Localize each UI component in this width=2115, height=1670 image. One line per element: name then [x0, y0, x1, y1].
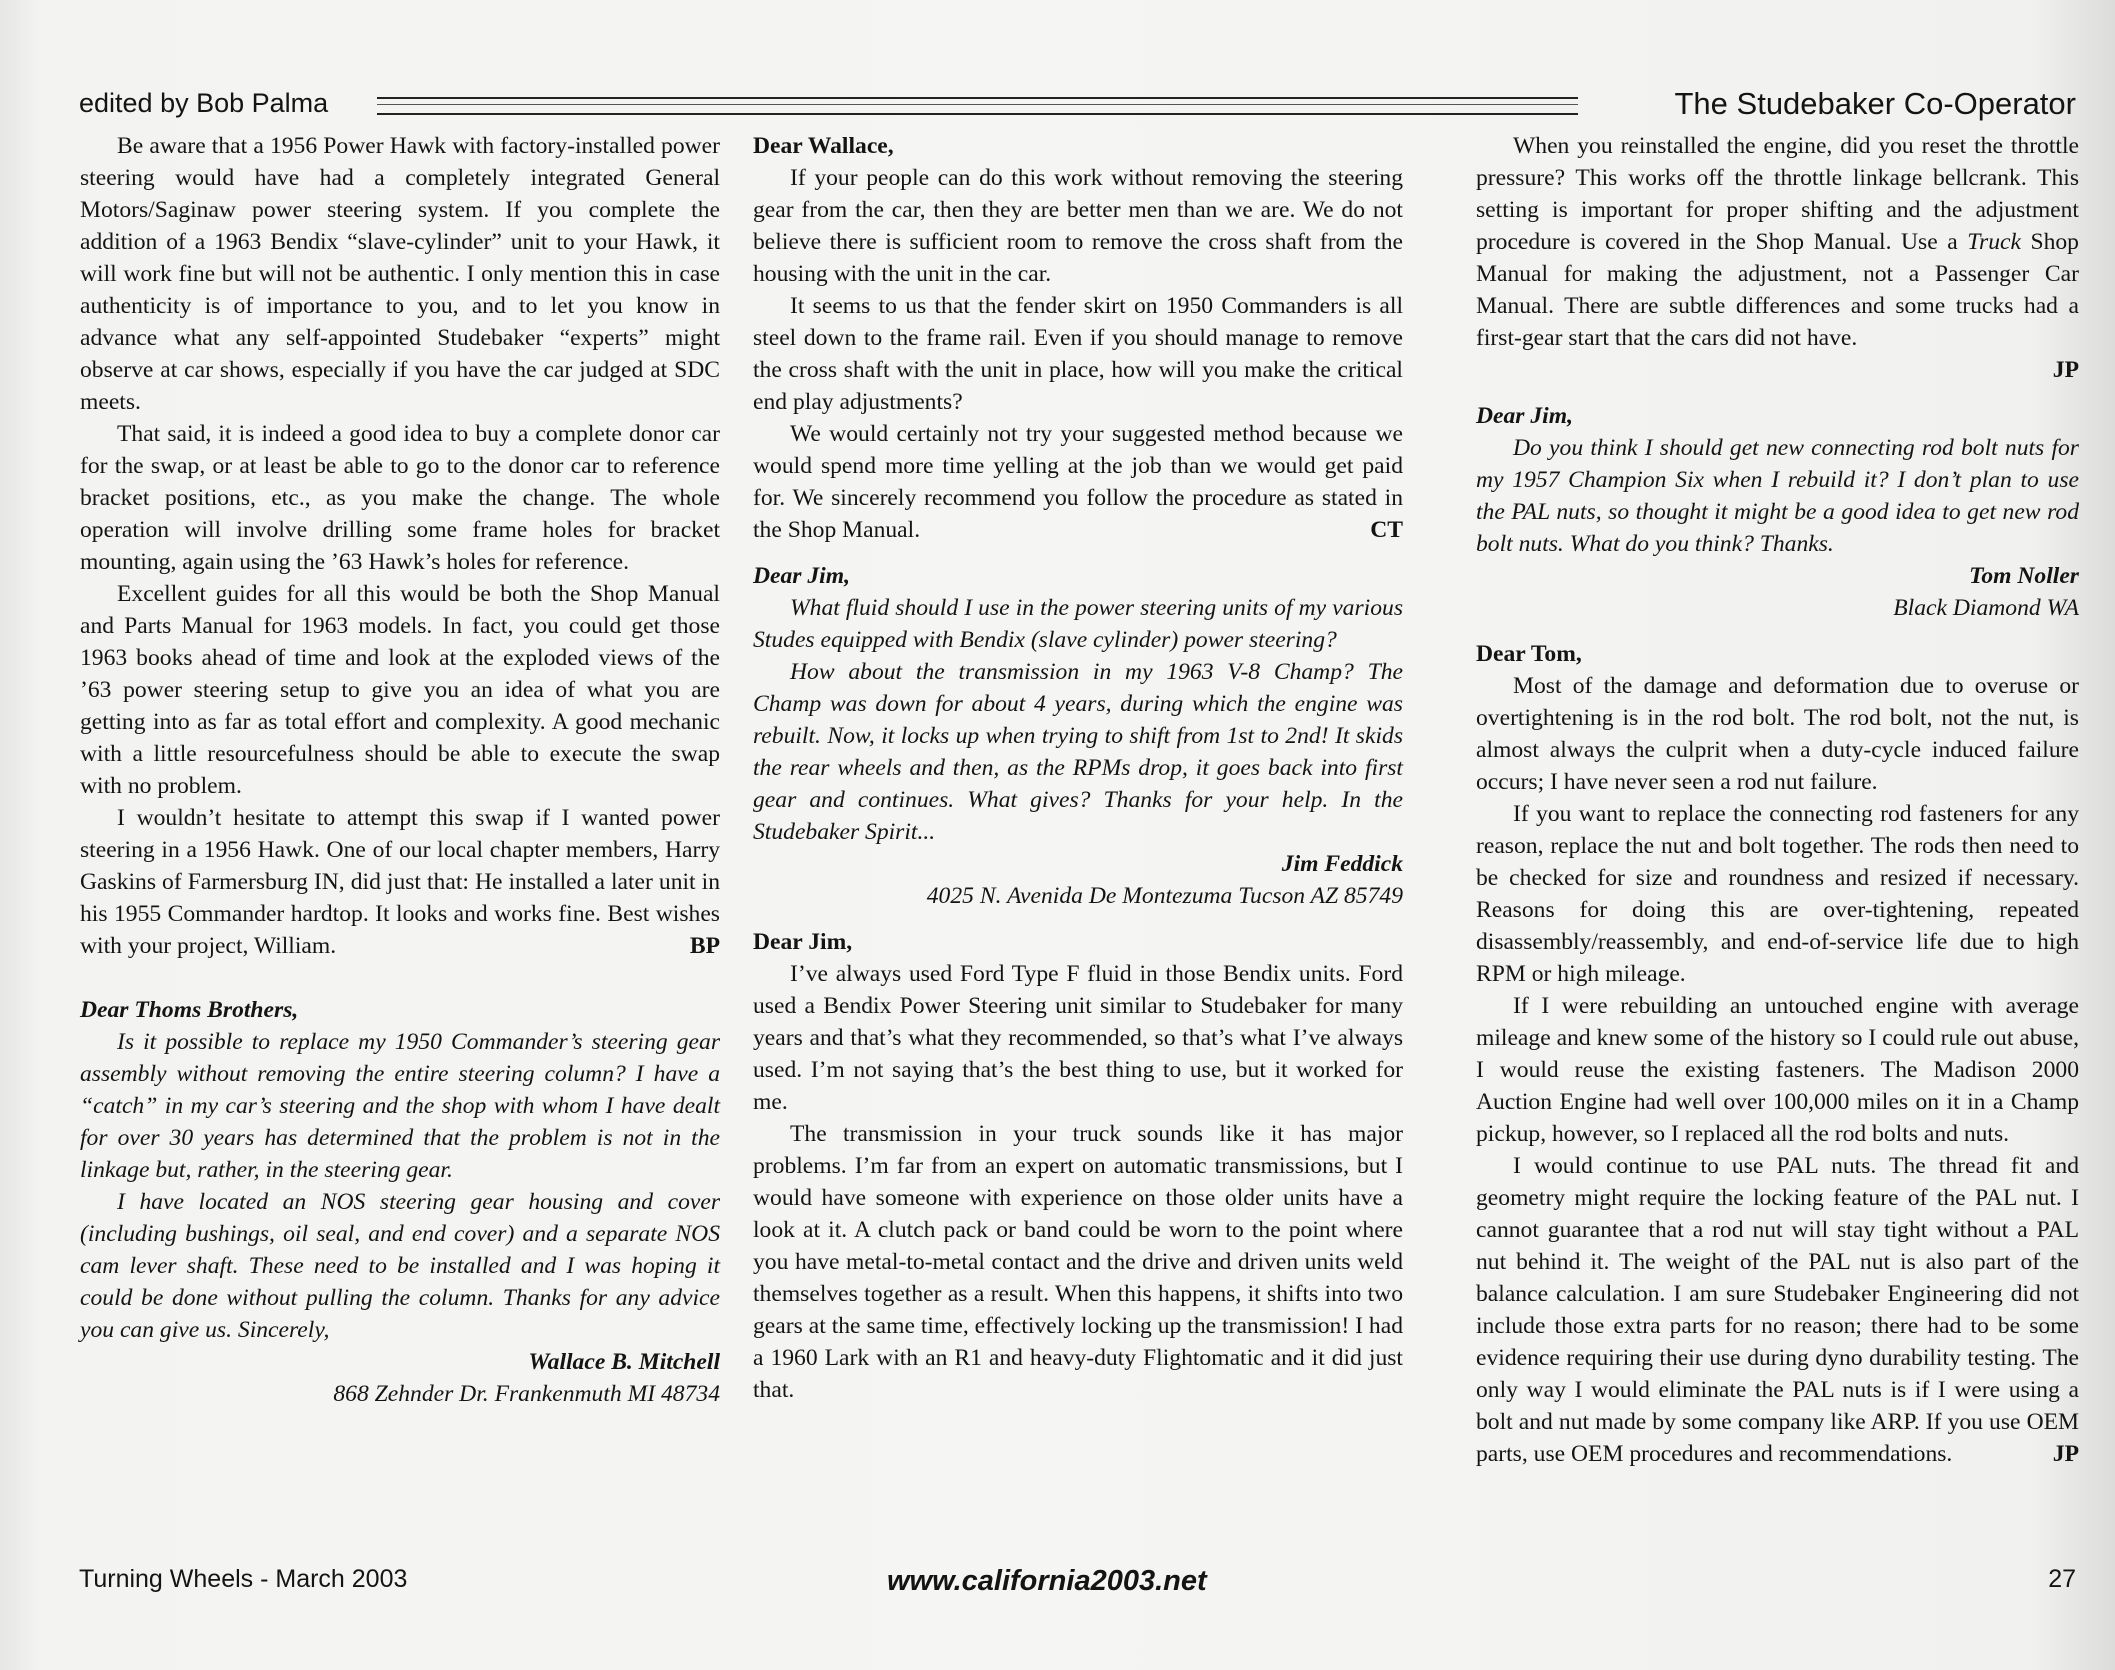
- spacer: [753, 912, 1403, 926]
- letter-salutation: Dear Jim,: [753, 560, 1403, 592]
- paragraph: I’ve always used Ford Type F fluid in th…: [753, 958, 1403, 1118]
- paragraph: That said, it is indeed a good idea to b…: [80, 418, 720, 578]
- emphasis-text: Truck: [1967, 229, 2021, 255]
- page-header: edited by Bob Palma The Studebaker Co-Op…: [79, 86, 2076, 126]
- spacer: [80, 962, 720, 994]
- paragraph: The transmission in your truck sounds li…: [753, 1118, 1403, 1406]
- author-initials: BP: [653, 930, 720, 962]
- author-initials: JP: [2016, 1438, 2079, 1470]
- paragraph: We would certainly not try your suggeste…: [753, 418, 1403, 546]
- letter-signature: Tom Noller: [1476, 560, 2079, 592]
- paragraph-text: I would continue to use PAL nuts. The th…: [1476, 1153, 2079, 1467]
- paragraph: Most of the damage and deformation due t…: [1476, 670, 2079, 798]
- spacer: [753, 546, 1403, 560]
- publication-issue: Turning Wheels - March 2003: [79, 1565, 407, 1594]
- paragraph: If you want to replace the connecting ro…: [1476, 798, 2079, 990]
- author-initials: CT: [1333, 514, 1403, 546]
- reply-salutation: Dear Jim,: [753, 926, 1403, 958]
- reply-salutation: Dear Tom,: [1476, 638, 2079, 670]
- column-1: Be aware that a 1956 Power Hawk with fac…: [80, 130, 720, 1410]
- letter-paragraph: Do you think I should get new connecting…: [1476, 432, 2079, 560]
- spacer: [1476, 386, 2079, 400]
- letter-salutation: Dear Jim,: [1476, 400, 2079, 432]
- paragraph-text: I wouldn’t hesitate to attempt this swap…: [80, 805, 720, 959]
- letter-paragraph: How about the transmission in my 1963 V-…: [753, 656, 1403, 848]
- paragraph: I wouldn’t hesitate to attempt this swap…: [80, 802, 720, 962]
- editor-credit: edited by Bob Palma: [79, 88, 328, 119]
- paragraph: When you reinstalled the engine, did you…: [1476, 130, 2079, 354]
- letter-address: Black Diamond WA: [1476, 592, 2079, 624]
- page-number: 27: [2048, 1565, 2076, 1594]
- letter-signature: Jim Feddick: [753, 848, 1403, 880]
- column-title: The Studebaker Co-Operator: [1675, 86, 2077, 122]
- page-footer: Turning Wheels - March 2003 www.californ…: [79, 1565, 2076, 1605]
- header-rule-divider: [377, 97, 1578, 115]
- paragraph: If I were rebuilding an untouched engine…: [1476, 990, 2079, 1150]
- column-3: When you reinstalled the engine, did you…: [1476, 130, 2079, 1470]
- reply-salutation: Dear Wallace,: [753, 130, 1403, 162]
- website-link[interactable]: www.california2003.net: [887, 1565, 1207, 1598]
- letter-paragraph: What fluid should I use in the power ste…: [753, 592, 1403, 656]
- author-initials: JP: [1476, 354, 2079, 386]
- paragraph: Excellent guides for all this would be b…: [80, 578, 720, 802]
- paragraph: Be aware that a 1956 Power Hawk with fac…: [80, 130, 720, 418]
- paragraph: It seems to us that the fender skirt on …: [753, 290, 1403, 418]
- letter-paragraph: Is it possible to replace my 1950 Comman…: [80, 1026, 720, 1186]
- letter-address: 4025 N. Avenida De Montezuma Tucson AZ 8…: [753, 880, 1403, 912]
- letter-signature: Wallace B. Mitchell: [80, 1346, 720, 1378]
- letter-paragraph: I have located an NOS steering gear hous…: [80, 1186, 720, 1346]
- column-2: Dear Wallace, If your people can do this…: [753, 130, 1403, 1406]
- paragraph-text: We would certainly not try your suggeste…: [753, 421, 1403, 543]
- spacer: [1476, 624, 2079, 638]
- paragraph: If your people can do this work without …: [753, 162, 1403, 290]
- paragraph: I would continue to use PAL nuts. The th…: [1476, 1150, 2079, 1470]
- letter-address: 868 Zehnder Dr. Frankenmuth MI 48734: [80, 1378, 720, 1410]
- letter-salutation: Dear Thoms Brothers,: [80, 994, 720, 1026]
